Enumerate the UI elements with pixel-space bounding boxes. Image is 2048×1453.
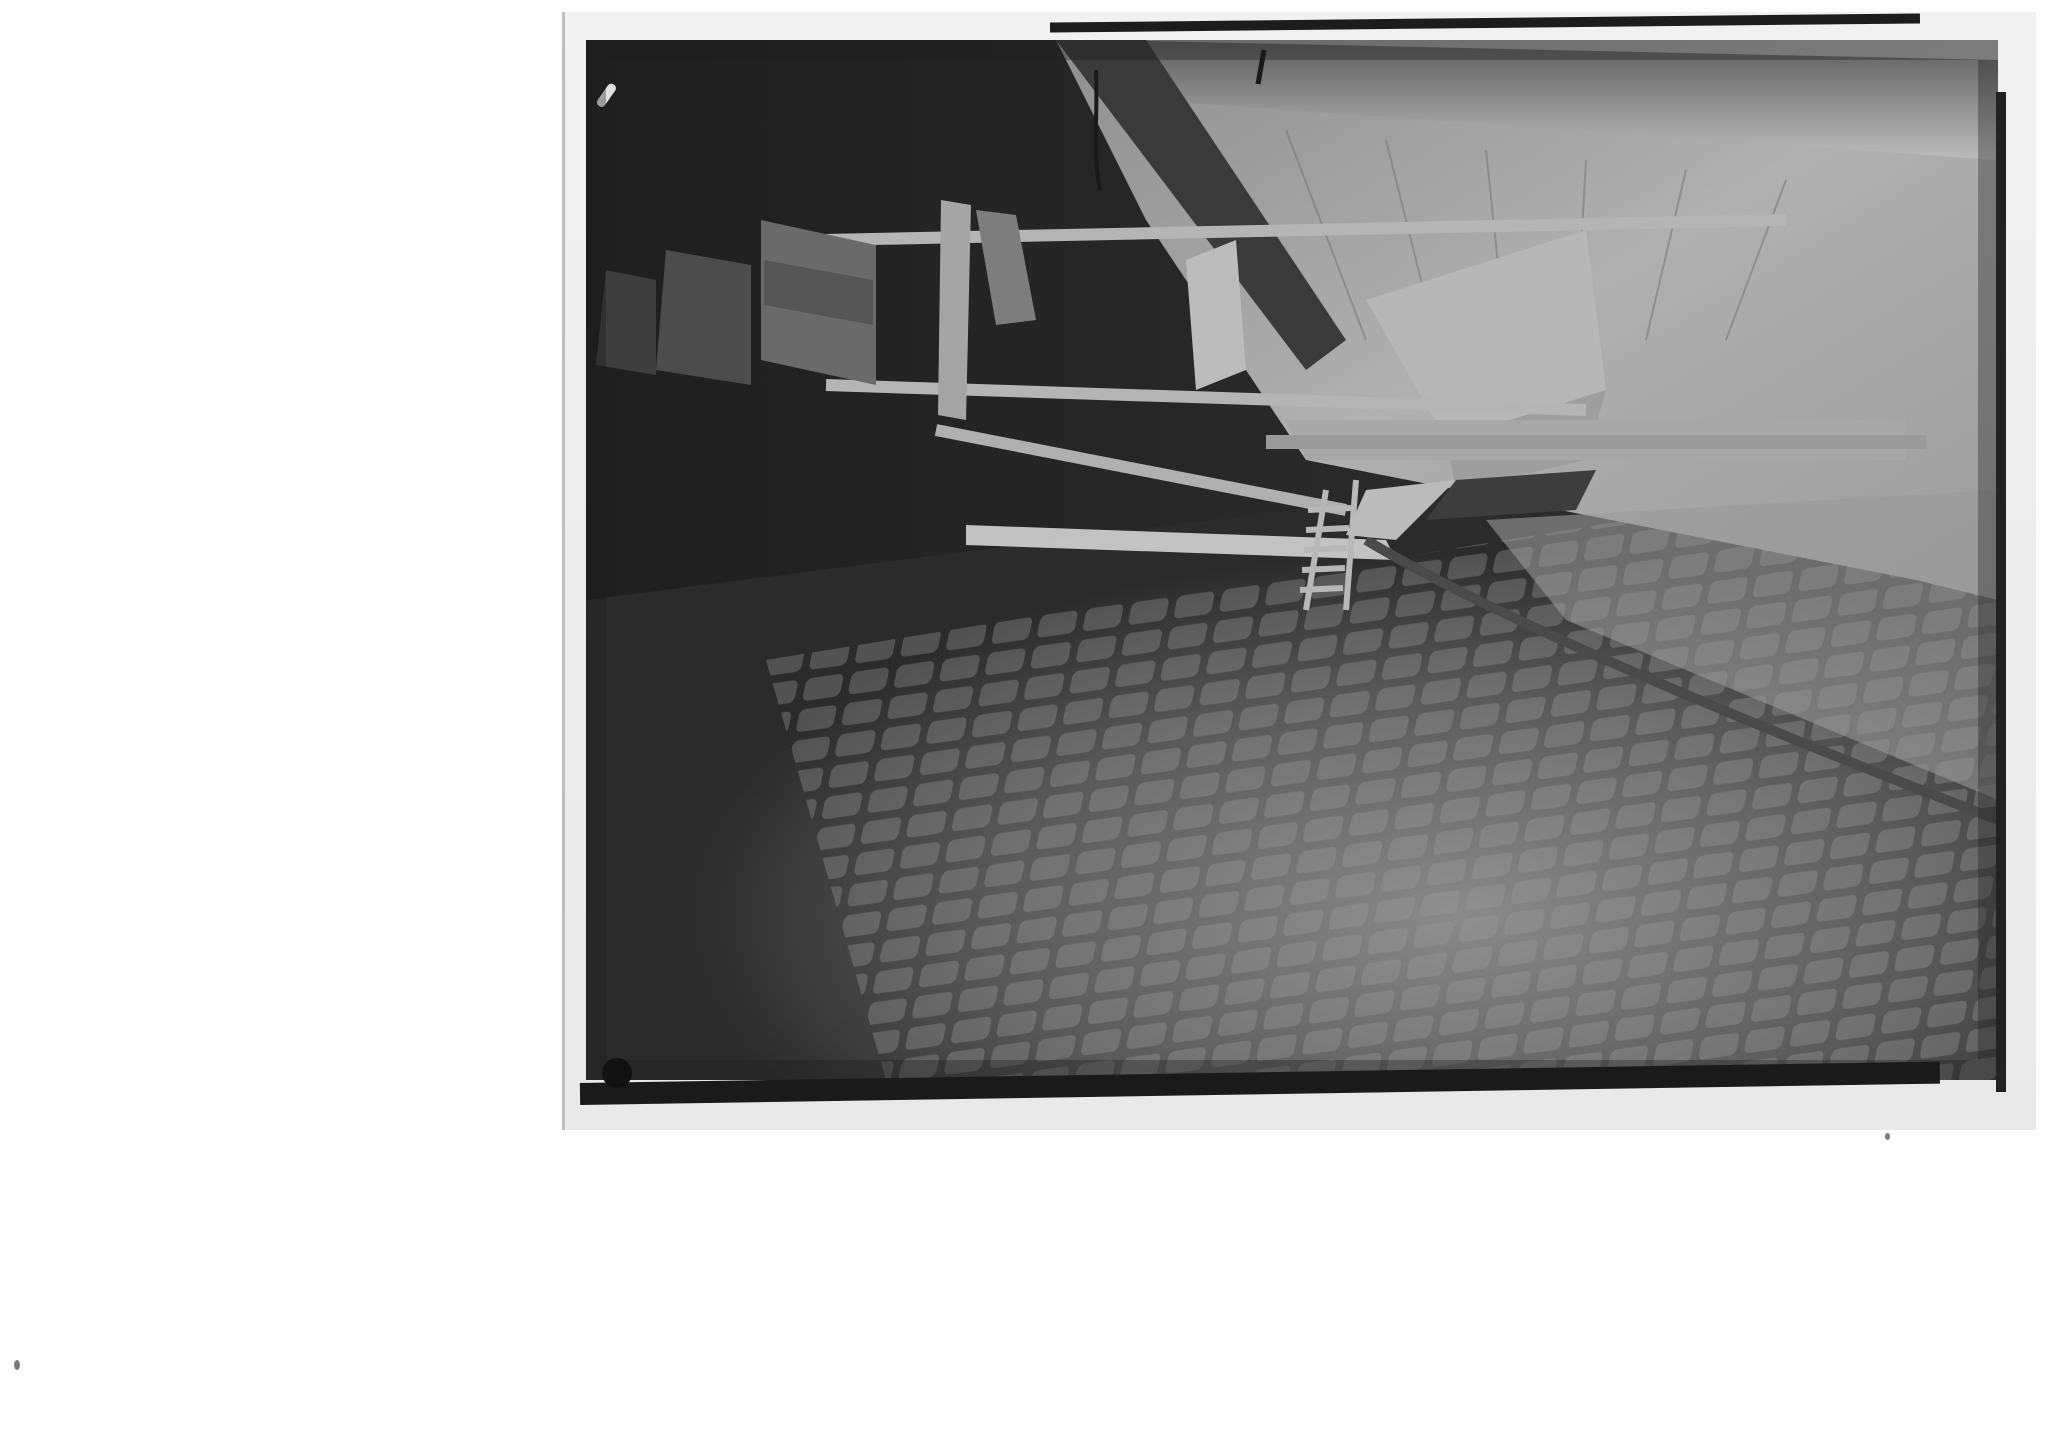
photo-frame-edge-right [1996,92,2006,1092]
scan-speck [14,1360,20,1370]
photo-scene [586,40,1998,1080]
scanned-page [0,0,2048,1453]
photograph [586,40,1998,1080]
scan-speck [1885,1133,1890,1140]
plate-hole-mark [602,1058,632,1088]
